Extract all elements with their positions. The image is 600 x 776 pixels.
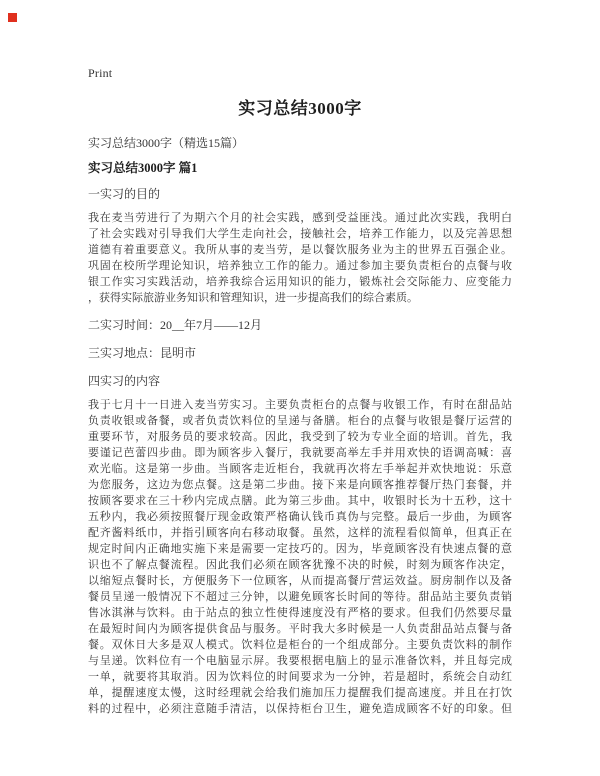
text-line: 欢光临。这是第一步曲。当顾客走近柜台，我就再次将左手举起并欢快地说：乐意 — [88, 461, 512, 477]
section-heading: 实习总结3000字 篇1 — [88, 158, 512, 176]
text-line: 了社会实践对引导我们大学生走向社会，接触社会，培养工作能力，以及完善思想 — [88, 226, 512, 242]
text-line: 料的过程中，必须注意随手清洁，以保持柜台卫生，避免造成顾客不好的印象。但 — [88, 701, 512, 717]
text-line: 单，提醒速度太慢，这时经理就会给我们施加压力提醒我们提高速度。并且在打饮 — [88, 685, 512, 701]
text-line: 餐。双休日大多是双人模式。饮料位是柜台的一个组成部分。主要负责饮料的制作 — [88, 637, 512, 653]
text-line: 我在麦当劳进行了为期六个月的社会实践，感到受益匪浅。通过此次实践，我明白 — [88, 210, 512, 226]
text-line: 在最短时间内为顾客提供食品与服务。平时我大多时候是一人负责甜品站点餐与备 — [88, 621, 512, 637]
text-line: 配齐酱料纸巾，并指引顾客向右移动取餐。虽然，这样的流程看似简单，但真正在 — [88, 525, 512, 541]
page-title: 实习总结3000字 — [88, 96, 512, 122]
print-link[interactable]: Print — [88, 66, 112, 81]
purpose-paragraph: 我在麦当劳进行了为期六个月的社会实践，感到受益匪浅。通过此次实践，我明白了社会实… — [88, 210, 512, 306]
text-line: 一单，就要将其取消。因为饮料位的时间要求为一分钟，若是超时，系统会自动红 — [88, 669, 512, 685]
heading-content: 四实习的内容 — [88, 374, 512, 388]
text-line: 道德有着重要意义。我所从事的麦当劳，是以餐饮服务业为主的世界五百强企业。 — [88, 242, 512, 258]
text-line: 识也不了解点餐流程。因此我们必须在顾客犹豫不决的时候，时刻为顾客作决定， — [88, 557, 512, 573]
page-subtitle: 实习总结3000字（精选15篇） — [88, 134, 512, 151]
heading-purpose: 一实习的目的 — [88, 187, 512, 201]
document-page: { "page": { "marker_color": "#e0301e", "… — [0, 0, 600, 776]
text-line: 与呈递。饮料位有一个电脑显示屏。我要根据电脑上的显示准备饮料，并且每完成 — [88, 653, 512, 669]
content-paragraph: 我于七月十一日进入麦当劳实习。主要负责柜台的点餐与收银工作，有时在甜品站负责收银… — [88, 397, 512, 717]
text-line: 银工作实习实践活动，培养我综合运用知识的能力，锻炼社会交际能力、应变能力 — [88, 274, 512, 290]
text-line: 负责收银或备餐，或者负责饮料位的呈递与备膳。柜台的点餐与收银是餐厅运营的 — [88, 413, 512, 429]
text-line: 我于七月十一日进入麦当劳实习。主要负责柜台的点餐与收银工作，有时在甜品站 — [88, 397, 512, 413]
text-line: 五秒内，我必须按照餐厅现金政策严格确认钱币真伪与完整。最后一步曲，为顾客 — [88, 509, 512, 525]
text-line: 按顾客要求在三十秒内完成点膳。此为第三步曲。其中，收银时长为十五秒，这十 — [88, 493, 512, 509]
text-line: 要谨记芭蕾四步曲。即为顾客步入餐厅，我就要高举左手并用欢快的语调高喊：喜 — [88, 445, 512, 461]
heading-time: 二实习时间：20__年7月——12月 — [88, 318, 512, 332]
text-line: 规定时间内正确地实施下来是需要一定技巧的。因为，毕竟顾客没有快速点餐的意 — [88, 541, 512, 557]
heading-location: 三实习地点：昆明市 — [88, 346, 512, 360]
text-line: 餐员呈递一般情况下不超过三分钟，以避免顾客长时间的等待。甜品站主要负责销 — [88, 589, 512, 605]
text-line: 为您服务，这边为您点餐。这是第二步曲。接下来是向顾客推荐餐厅热门套餐，并 — [88, 477, 512, 493]
text-line: 巩固在校所学理论知识，培养独立工作的能力。通过参加主要负责柜台的点餐与收 — [88, 258, 512, 274]
text-line: 以缩短点餐时长，方便服务下一位顾客，从而提高餐厅营运效益。厨房制作以及备 — [88, 573, 512, 589]
red-marker — [8, 13, 17, 22]
text-line: 售冰淇淋与饮料。由于站点的独立性使得速度没有严格的要求。但我们仍然要尽量 — [88, 605, 512, 621]
text-line: 重要环节，对服务员的要求较高。因此，我受到了较为专业全面的培训。首先，我 — [88, 429, 512, 445]
text-line: ，获得实际旅游业务知识和管理知识，进一步提高我们的综合素质。 — [88, 290, 512, 306]
